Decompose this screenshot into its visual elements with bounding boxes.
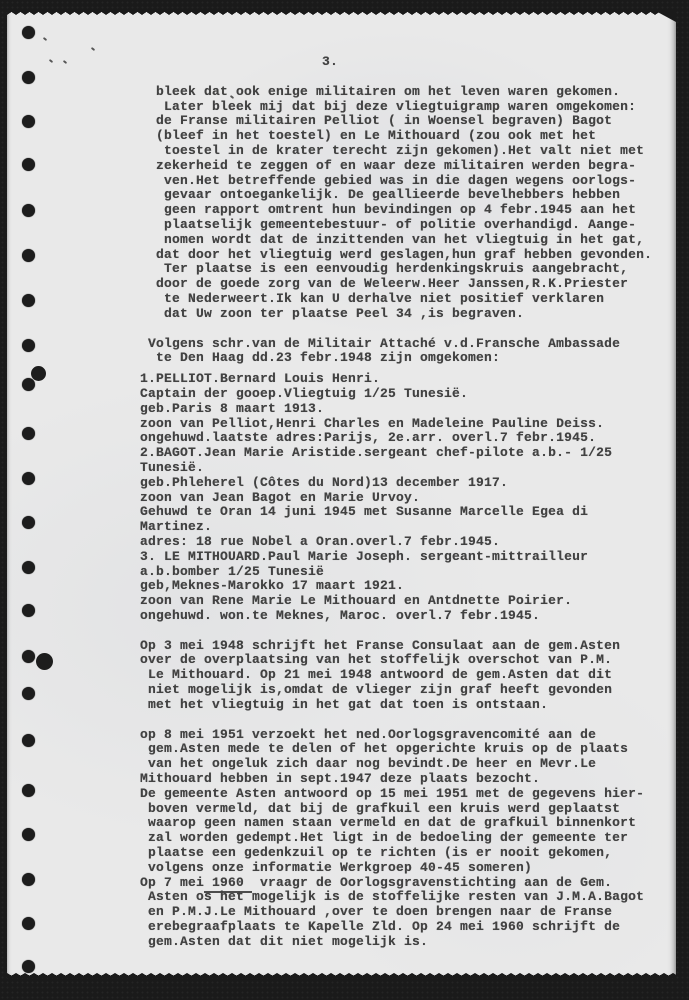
text-line: te Den Haag dd.23 febr.1948 zijn omgekom… [140,351,652,366]
text-line: Later bleek mij dat bij deze vliegtuigra… [140,100,652,115]
text-line: a.b.bomber 1/25 Tunesië [140,565,652,580]
text-line: gevaar ontoegankelijk. De geallieerde be… [140,188,652,203]
punch-hole [22,561,35,574]
dust-speck [91,47,95,51]
punch-hole [22,115,35,128]
torn-edge-bottom [7,973,676,978]
punch-hole [22,784,35,797]
text-line: boven vermeld, dat bij de grafkuil een k… [140,802,652,817]
text-line: te Nederweert.Ik kan U derhalve niet pos… [140,292,652,307]
text-line: 3. LE MITHOUARD.Paul Marie Joseph. serge… [140,550,652,565]
text-line: met het vliegtuig in het gat dat toen is… [140,698,652,713]
text-line: zoon van Rene Marie Le Mithouard en Antd… [140,594,652,609]
text-line: geb,Meknes-Marokko 17 maart 1921. [140,579,652,594]
text-block: op 8 mei 1951 verzoekt het ned.Oorlogsgr… [140,728,652,950]
text-block: Op 3 mei 1948 schrijft het Franse Consul… [140,639,652,713]
text-line: Ter plaatse is een eenvoudig herdenkings… [140,262,652,277]
text-line: Gehuwd te Oran 14 juni 1945 met Susanne … [140,505,652,520]
text-line: niet mogelijk is,omdat de vlieger zijn g… [140,683,652,698]
text-line: van het ongeluk zich daar nog bevindt.De… [140,757,652,772]
punch-hole [22,26,35,39]
page-corner-shadow [652,9,676,22]
text-line: geen rapport omtrent hun bevindingen op … [140,203,652,218]
text-line: geb.Paris 8 maart 1913. [140,402,652,417]
text-line: ongehuwd. won.te Meknes, Maroc. overl.7 … [140,609,652,624]
text-line: waarop geen namen staan vermeld en dat d… [140,816,652,831]
text-line: zoon van Pelliot,Henri Charles en Madele… [140,417,652,432]
text-line: op 8 mei 1951 verzoekt het ned.Oorlogsgr… [140,728,652,743]
punch-hole [22,339,35,352]
text-line: (bleef in het toestel) en Le Mithouard (… [140,129,652,144]
text-line: 2.BAGOT.Jean Marie Aristide.sergeant che… [140,446,652,461]
text-line: Martinez. [140,520,652,535]
text-line: zoon van Jean Bagot en Marie Urvoy. [140,491,652,506]
text-line: dat door het vliegtuig werd geslagen,hun… [140,248,652,263]
punch-hole [22,516,35,529]
text-line: geb.Phleherel (Côtes du Nord)13 december… [140,476,652,491]
text-line: door de goede zorg van de Weleerw.Heer J… [140,277,652,292]
text-block: Volgens schr.van de Militair Attaché v.d… [140,337,652,367]
text-line: 1.PELLIOT.Bernard Louis Henri. [140,372,652,387]
text-line: Asten os het mogelijk is de stoffelijke … [140,890,652,905]
text-block: 1.PELLIOT.Bernard Louis Henri.Captain de… [140,372,652,624]
dust-speck [43,37,47,41]
punch-hole [22,378,35,391]
punch-hole [22,158,35,171]
text-line: Volgens schr.van de Militair Attaché v.d… [140,337,652,352]
text-line: erebegraafplaats te Kapelle Zld. Op 24 m… [140,920,652,935]
dust-speck [49,59,53,63]
ink-blob [31,366,46,381]
document-page: 3. bleek dat ook enige militairen om het… [7,9,676,978]
text-line: Op 7 mei 1960 vraagr de Oorlogsgravensti… [140,876,652,891]
text-line: De gemeente Asten antwoord op 15 mei 195… [140,787,652,802]
punch-hole [22,687,35,700]
text-line: nomen wordt dat de inzittenden van het v… [140,233,652,248]
text-line: volgens onze informatie Werkgroep 40-45 … [140,861,652,876]
text-line: zekerheid te zeggen of en waar deze mili… [140,159,652,174]
text-line: toestel in de krater terecht zijn gekome… [140,144,652,159]
text-line: zal worden gedempt.Het ligt in de bedoel… [140,831,652,846]
punch-hole [22,71,35,84]
text-line: de Franse militairen Pelliot ( in Woense… [140,114,652,129]
text-line: en P.M.J.Le Mithouard ,over te doen bren… [140,905,652,920]
text-line: bleek dat ook enige militairen om het le… [140,85,652,100]
punch-hole [22,472,35,485]
punch-hole [22,650,35,663]
text-segment: vraagr de Oorlogsgravenstichting aan de … [252,875,612,890]
text-line: Op 3 mei 1948 schrijft het Franse Consul… [140,639,652,654]
text-line: gem.Asten mede te delen of het opgericht… [140,742,652,757]
text-line: Le Mithouard. Op 21 mei 1948 antwoord de… [140,668,652,683]
punch-hole [22,604,35,617]
punch-hole [22,294,35,307]
text-line: plaatselijk gemeentebestuur- of politie … [140,218,652,233]
text-line: Tunesië. [140,461,652,476]
text-segment: Op 7 mei [140,875,204,890]
punch-hole [22,873,35,886]
punch-hole [22,960,35,973]
text-line: plaatse een gedenkzuil op te richten (is… [140,846,652,861]
punch-hole [22,828,35,841]
punch-hole [22,427,35,440]
page-number: 3. [322,55,652,70]
text-line: dat Uw zoon ter plaatse Peel 34 ,is begr… [140,307,652,322]
text-block: bleek dat ook enige militairen om het le… [140,85,652,322]
typed-text: bleek dat ook enige militairen om het le… [140,85,652,950]
text-line: ongehuwd.laatste adres:Parijs, 2e.arr. o… [140,431,652,446]
text-line: adres: 18 rue Nobel a Oran.overl.7 febr.… [140,535,652,550]
page-content: 3. bleek dat ook enige militairen om het… [140,55,652,950]
punch-hole [22,734,35,747]
text-line: ven.Het betreffende gebied was in die da… [140,174,652,189]
punch-hole [22,204,35,217]
punch-hole [22,917,35,930]
ink-blob [36,653,53,670]
text-line: gem.Asten dat dit niet mogelijk is. [140,935,652,950]
punch-hole [22,249,35,262]
text-line: Mithouard hebben in sept.1947 deze plaat… [140,772,652,787]
text-line: Captain der gooep.Vliegtuig 1/25 Tunesië… [140,387,652,402]
text-line: over de overplaatsing van het stoffelijk… [140,653,652,668]
scan-background: 3. bleek dat ook enige militairen om het… [0,0,689,1000]
torn-edge-top [7,9,676,15]
dust-speck [63,60,67,64]
